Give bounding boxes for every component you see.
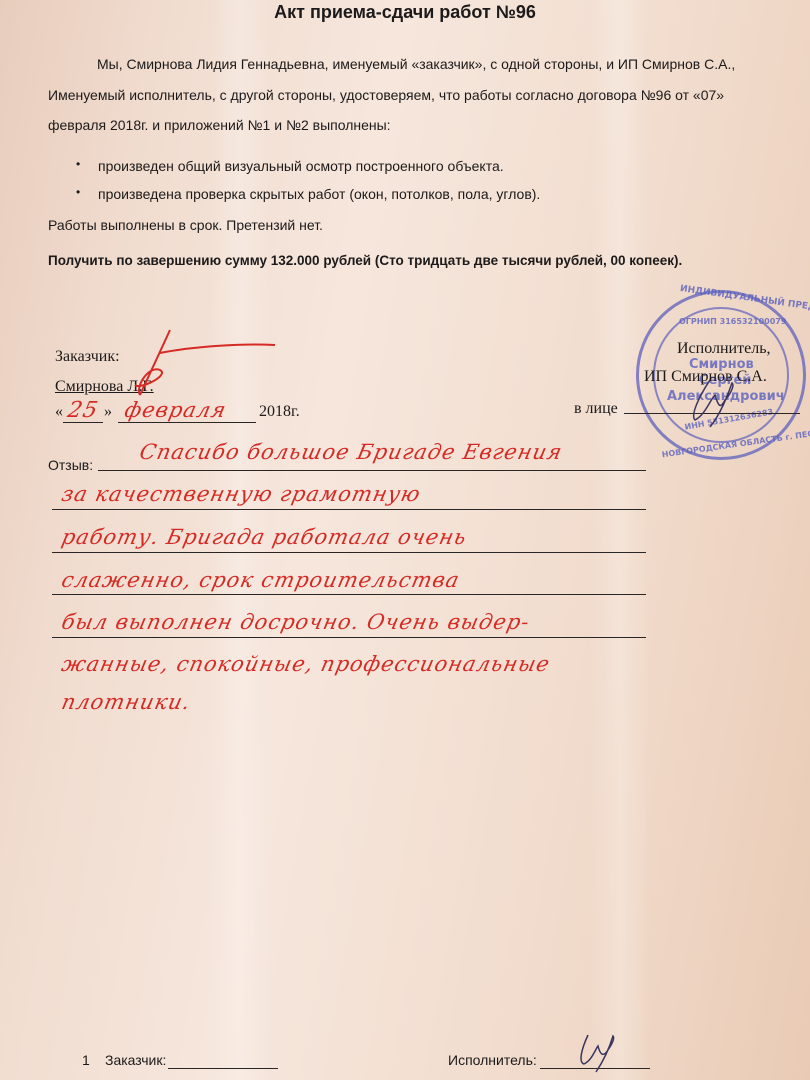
completion-note: Работы выполнены в срок. Претензий нет.	[48, 216, 323, 234]
bullet-item-2: произведена проверка скрытых работ (окон…	[98, 185, 540, 203]
review-handwritten-line-6: жанные, спокойные, профессиональные	[59, 652, 552, 676]
review-handwritten-line-3: работу. Бригада работала очень	[59, 525, 469, 549]
page-number: 1	[82, 1052, 90, 1068]
customer-signature-icon	[80, 325, 280, 405]
intro-line-3: февраля 2018г. и приложений №1 и №2 выпо…	[48, 116, 391, 134]
payment-line: Получить по завершению сумму 132.000 руб…	[48, 252, 682, 270]
review-line	[52, 552, 646, 553]
bullet-icon: •	[76, 157, 80, 171]
paper-crease	[590, 0, 650, 1080]
intro-line-1: Мы, Смирнова Лидия Геннадьевна, именуемы…	[97, 55, 735, 73]
contractor-label: Исполнитель,	[677, 340, 771, 358]
review-line	[52, 637, 646, 638]
review-line	[98, 470, 646, 471]
review-line	[52, 594, 646, 595]
review-label: Отзыв:	[48, 456, 93, 474]
review-line	[52, 509, 646, 510]
review-handwritten-line-1: Спасибо большое Бригаде Евгения	[137, 440, 564, 464]
date-close-quote: »	[104, 403, 112, 421]
bullet-item-1: произведен общий визуальный осмотр постр…	[98, 157, 504, 175]
footer-customer-label: Заказчик:	[105, 1052, 166, 1068]
footer-customer-line	[168, 1068, 278, 1069]
in-person-label: в лице	[574, 400, 618, 418]
contractor-signature-icon	[680, 375, 750, 430]
review-handwritten-line-7: плотники.	[59, 690, 193, 714]
review-handwritten-line-5: был выполнен досрочно. Очень выдер-	[59, 610, 532, 634]
footer-contractor-signature-icon	[570, 1030, 630, 1075]
date-open-quote: «	[55, 403, 63, 421]
review-handwritten-line-4: слаженно, срок строительства	[59, 568, 462, 592]
review-handwritten-line-2: за качественную грамотную	[59, 482, 423, 506]
document-title: Акт приема-сдачи работ №96	[0, 0, 810, 24]
date-month-line	[118, 422, 256, 423]
bullet-icon: •	[76, 185, 80, 199]
footer-contractor-label: Исполнитель:	[448, 1052, 537, 1068]
date-year: 2018г.	[259, 403, 300, 421]
intro-line-2: Именуемый исполнитель, с другой стороны,…	[48, 86, 724, 104]
